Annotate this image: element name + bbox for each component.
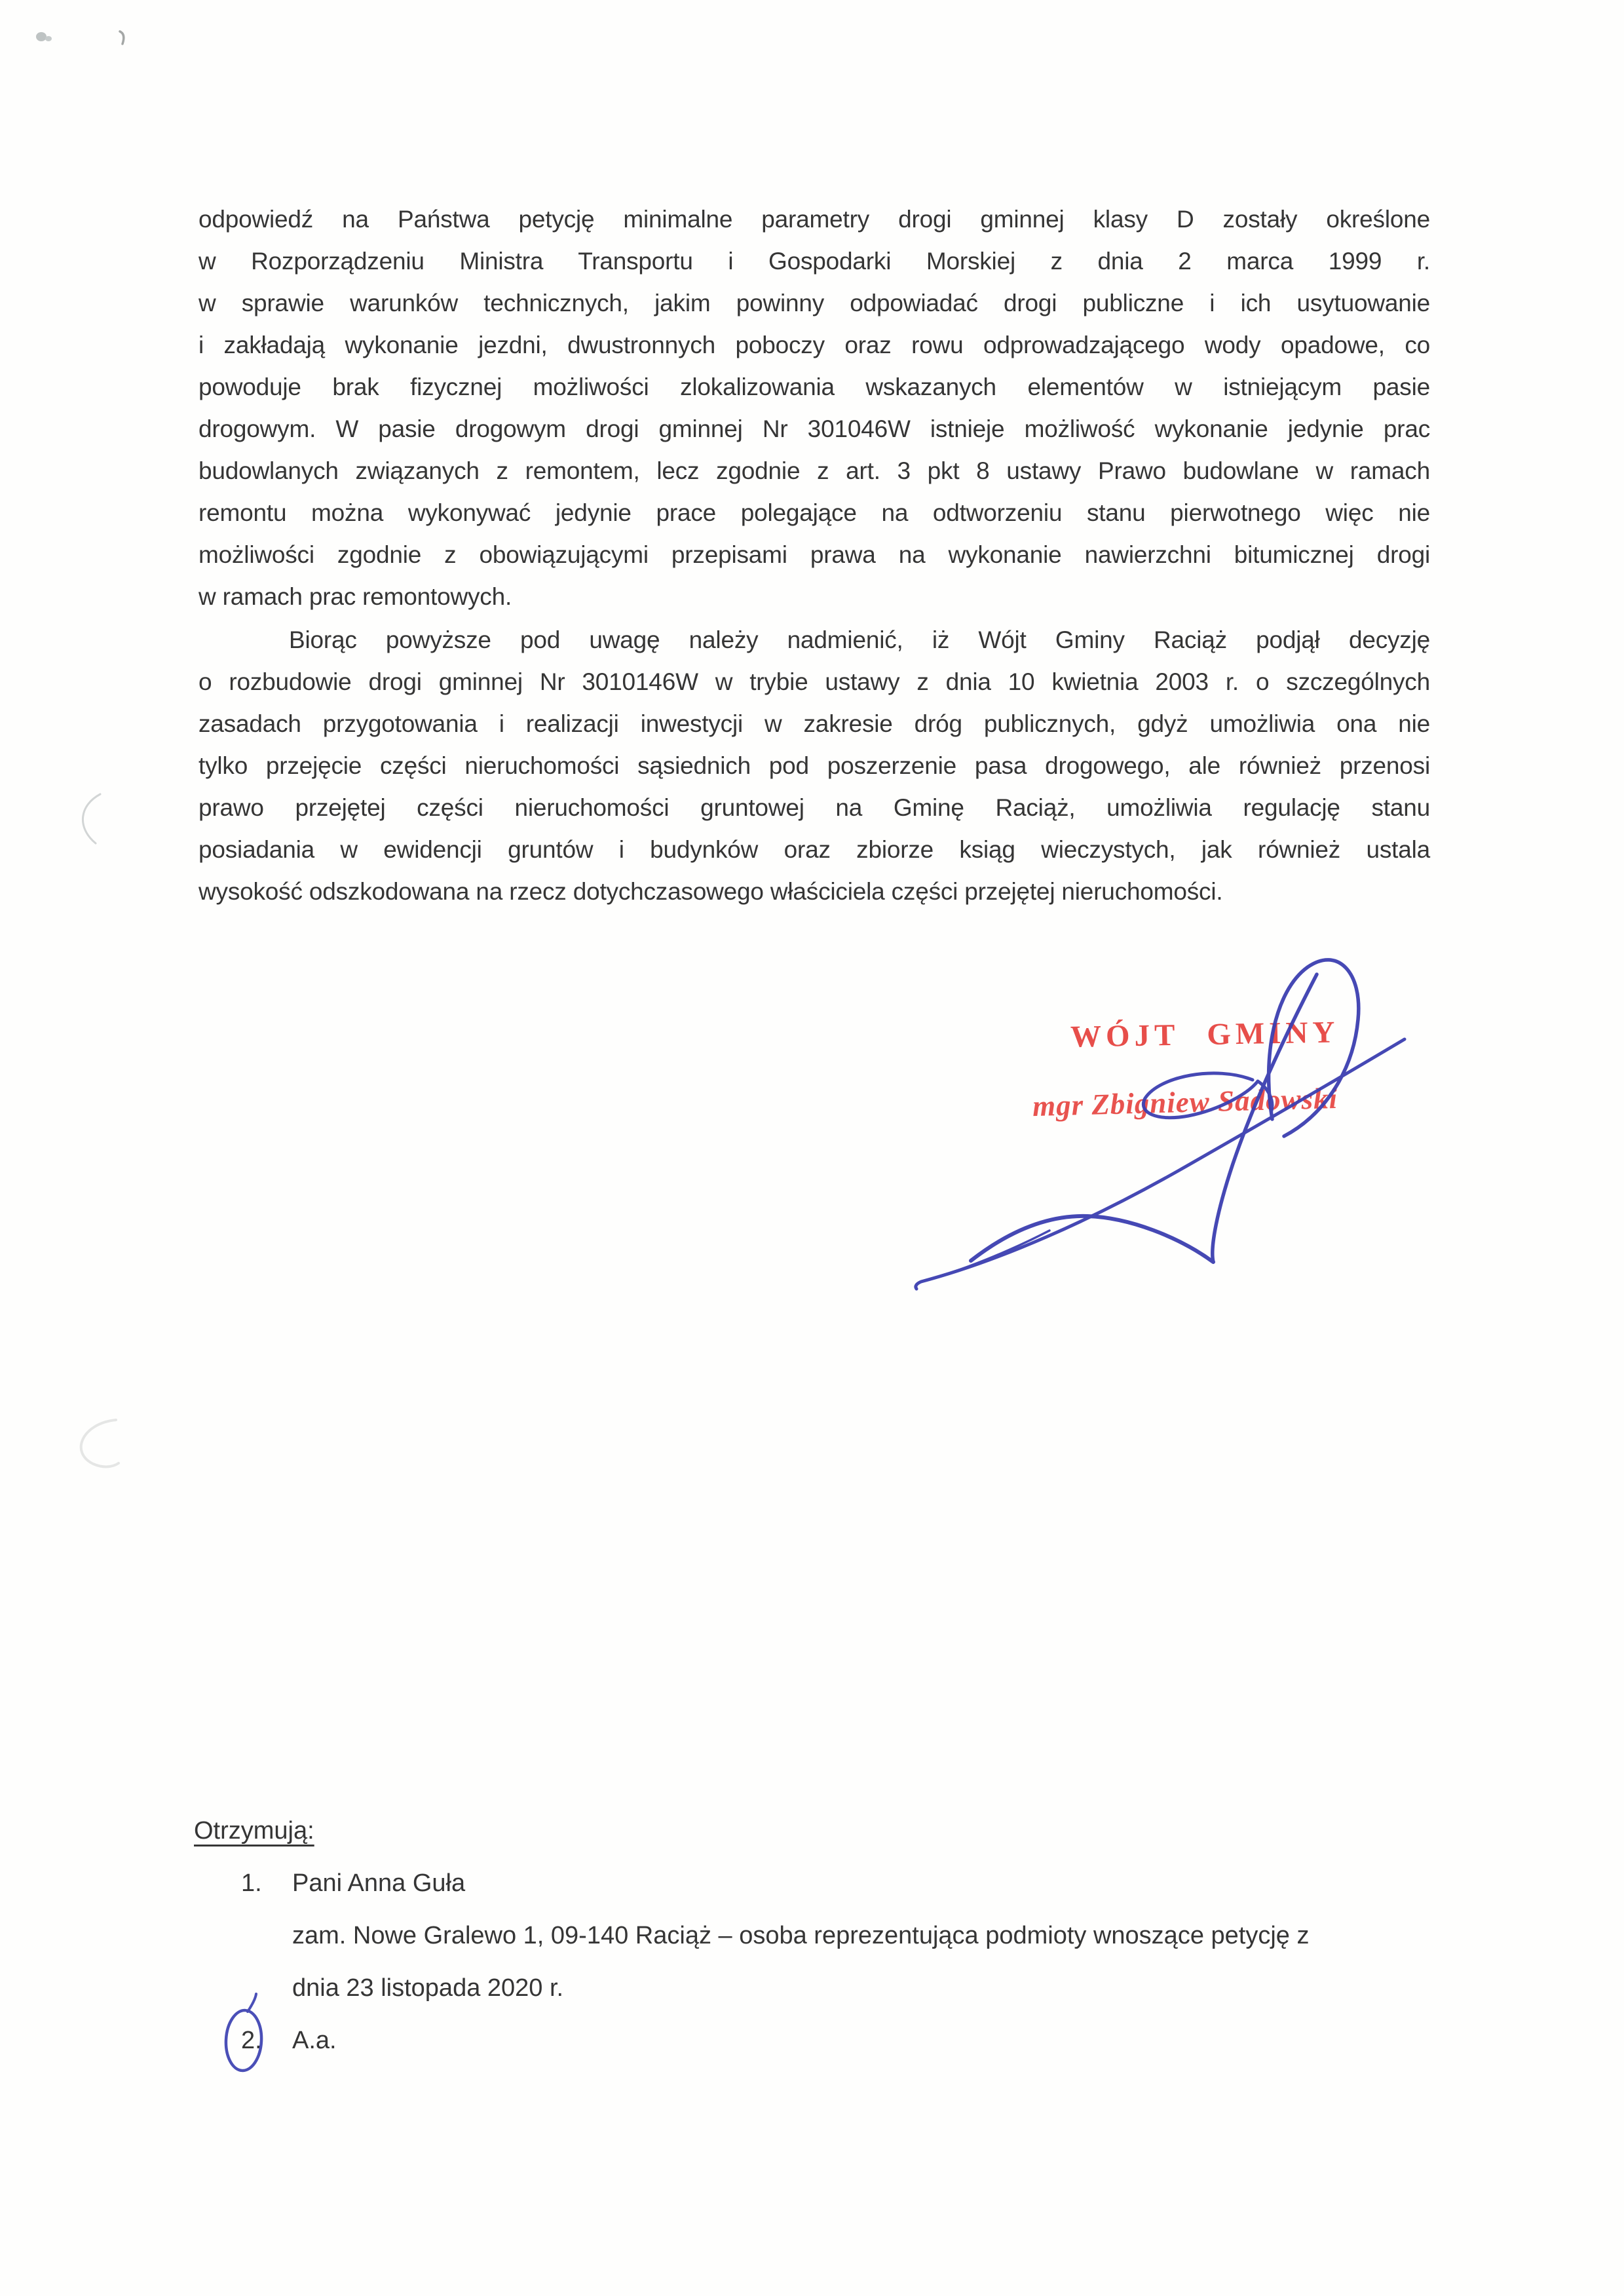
signature-stroke-diagonal bbox=[916, 1039, 1405, 1289]
signature-stroke-retrace bbox=[921, 1231, 1049, 1282]
text-line: posiadania w ewidencji gruntów i budynkó… bbox=[198, 829, 1430, 871]
scan-speck-marks bbox=[36, 31, 124, 44]
text-line: tylko przejęcie części nieruchomości sąs… bbox=[198, 745, 1430, 787]
text-line: o rozbudowie drogi gminnej Nr 3010146W w… bbox=[198, 661, 1430, 703]
text-line: prawo przejętej części nieruchomości gru… bbox=[198, 787, 1430, 829]
recipient-name: Pani Anna Guła bbox=[292, 1869, 465, 1898]
signature-ink-strokes bbox=[916, 960, 1405, 1289]
text-line: możliwości zgodnie z obowiązującymi prze… bbox=[198, 534, 1430, 576]
text-line: w sprawie warunków technicznych, jakim p… bbox=[198, 282, 1430, 324]
list-item: 1. Pani Anna Guła bbox=[194, 1869, 1478, 1911]
body-paragraph-1: odpowiedź na Państwa petycję minimalne p… bbox=[198, 199, 1430, 618]
text-line: Biorąc powyższe pod uwagę należy nadmien… bbox=[198, 619, 1430, 661]
signature-stroke-arc bbox=[971, 1216, 1213, 1262]
distribution-heading: Otrzymują: bbox=[194, 1816, 314, 1845]
recipient-petition-date: dnia 23 listopada 2020 r. bbox=[292, 1974, 563, 2002]
stamp-title-wojt-gminy: WÓJT GMINY bbox=[1070, 1014, 1340, 1054]
text-line: remontu można wykonywać jedynie prace po… bbox=[198, 492, 1430, 534]
text-line: i zakładają wykonanie jezdni, dwustronny… bbox=[198, 324, 1430, 366]
hole-punch-shadow-marks bbox=[81, 794, 119, 1466]
list-item-number-circled: 2. bbox=[241, 2026, 262, 2055]
text-line: drogowym. W pasie drogowym drogi gminnej… bbox=[198, 408, 1430, 450]
text-line: wysokość odszkodowana na rzecz dotychcza… bbox=[198, 871, 1430, 913]
text-line: zasadach przygotowania i realizacji inwe… bbox=[198, 703, 1430, 745]
list-item: 2. A.a. bbox=[194, 2026, 1478, 2068]
document-page: odpowiedź na Państwa petycję minimalne p… bbox=[0, 0, 1624, 2296]
recipient-address: zam. Nowe Gralewo 1, 09-140 Raciąż – oso… bbox=[292, 1921, 1309, 1950]
list-item-continuation: dnia 23 listopada 2020 r. bbox=[194, 1974, 1478, 2016]
text-line: w ramach prac remontowych. bbox=[198, 576, 1430, 618]
list-item-number: 1. bbox=[241, 1869, 262, 1898]
list-item-continuation: zam. Nowe Gralewo 1, 09-140 Raciąż – oso… bbox=[194, 1921, 1478, 1963]
text-line: powoduje brak fizycznej możliwości zloka… bbox=[198, 366, 1430, 408]
stamp-name-zbigniew-sadowski: mgr Zbigniew Sadowski bbox=[1032, 1081, 1338, 1123]
body-paragraph-2: Biorąc powyższe pod uwagę należy nadmien… bbox=[198, 619, 1430, 913]
text-line: budowlanych związanych z remontem, lecz … bbox=[198, 450, 1430, 492]
text-line: w Rozporządzeniu Ministra Transportu i G… bbox=[198, 240, 1430, 282]
archive-note: A.a. bbox=[292, 2026, 337, 2055]
text-line: odpowiedź na Państwa petycję minimalne p… bbox=[198, 199, 1430, 240]
